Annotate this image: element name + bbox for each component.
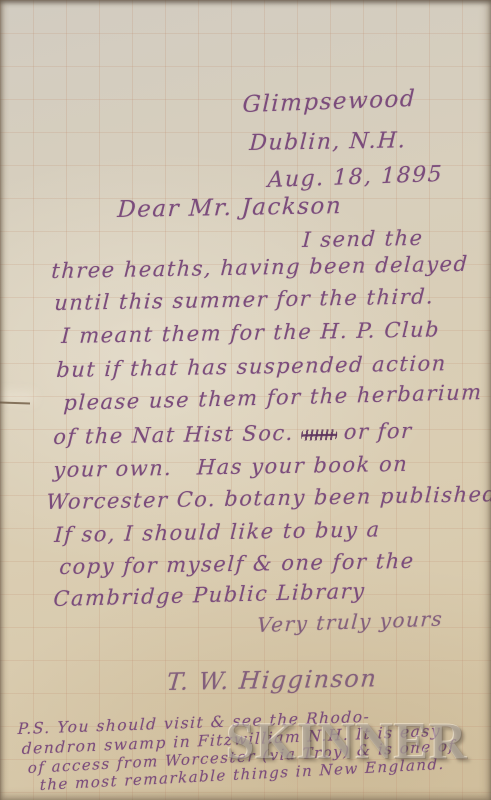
letter-photograph: Glimpsewood Dublin, N.H. Aug. 18, 1895 D… xyxy=(0,0,491,800)
photo-edge-vignette xyxy=(0,0,491,800)
